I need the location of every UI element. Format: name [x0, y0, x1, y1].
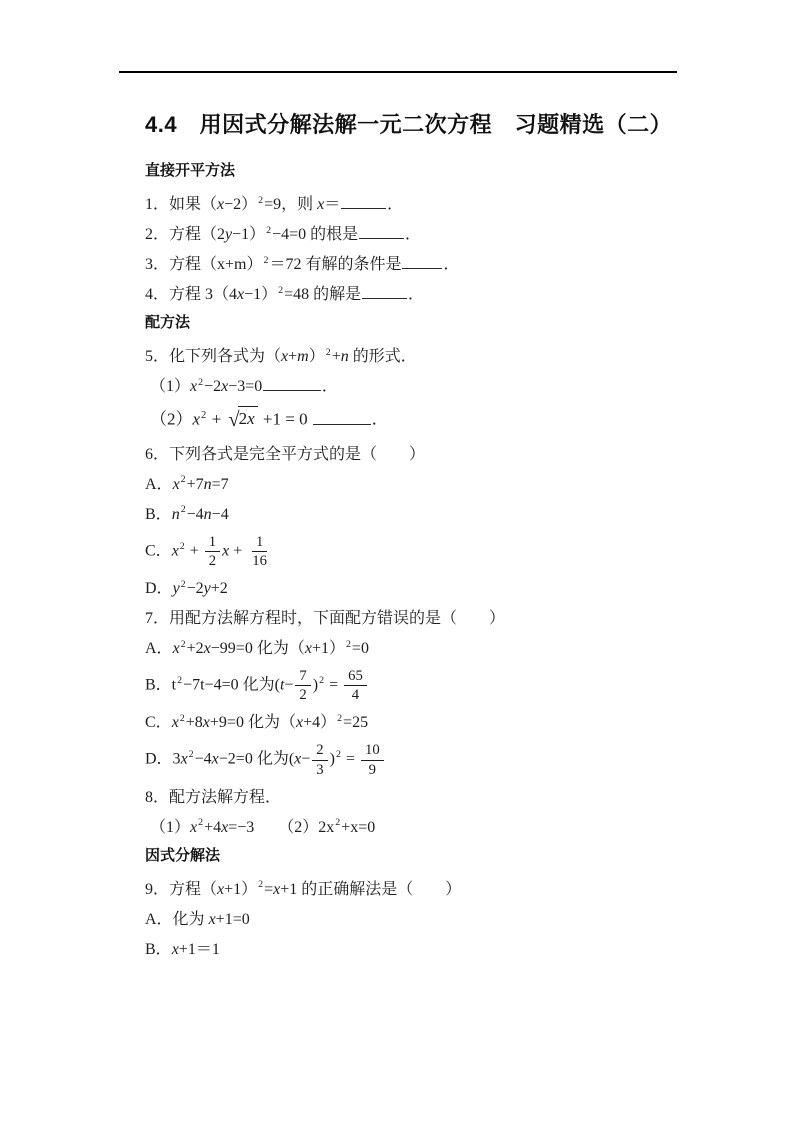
- question-6: 6．下列各式是完全平方式的是（ ）: [145, 444, 690, 465]
- question-5: 5．化下列各式为（x+m）2+n 的形式．: [145, 346, 690, 367]
- fill-in-blank: [359, 224, 404, 239]
- page-title: 4.4 用因式分解法解一元二次方程 习题精选（二）: [145, 112, 690, 138]
- question-7: 7．用配方法解方程时，下面配方错误的是（ ）: [145, 608, 690, 629]
- question-7-option-c: C．x2+8x+9=0 化为（x+4）2=25: [145, 712, 690, 733]
- question-5-part-1: （1）x2−2x−3=0．: [145, 376, 690, 397]
- section-heading-completing-square: 配方法: [145, 314, 690, 332]
- question-8: 8．配方法解方程．: [145, 787, 690, 808]
- question-7-option-b: B．t2−7t−4=0 化为(t−72)2 = 654: [145, 668, 690, 703]
- worksheet-page: 4.4 用因式分解法解一元二次方程 习题精选（二） 直接开平方法 1．如果（x−…: [0, 0, 793, 1122]
- question-6-option-b: B．n2−4n−4: [145, 504, 690, 525]
- section-heading-direct-sqrt: 直接开平方法: [145, 162, 690, 180]
- question-9-option-a: A．化为 x+1=0: [145, 909, 690, 930]
- question-9-option-b: B．x+1＝1: [145, 939, 690, 960]
- section-heading-factoring: 因式分解法: [145, 847, 690, 865]
- fill-in-blank: [402, 254, 442, 269]
- radical-sign: √2x: [226, 406, 257, 429]
- header-rule: [119, 71, 677, 73]
- question-6-option-c: C．x2 + 12x + 116: [145, 534, 690, 569]
- question-5-part-2: （2）x2 + √2x +1 = 0 ．: [145, 406, 690, 430]
- fill-in-blank: [341, 194, 386, 209]
- question-3: 3．方程（x+m）2＝72 有解的条件是．: [145, 254, 690, 275]
- question-1: 1．如果（x−2）2=9，则 x＝．: [145, 194, 690, 215]
- fill-in-blank: [263, 376, 321, 391]
- fill-in-blank: [362, 284, 407, 299]
- question-7-option-a: A．x2+2x−99=0 化为（x+1）2=0: [145, 638, 690, 659]
- question-7-option-d: D．3x2−4x−2=0 化为(x−23)2 = 109: [145, 742, 690, 777]
- question-9: 9．方程（x+1）2=x+1 的正确解法是（ ）: [145, 879, 690, 900]
- document-body: 4.4 用因式分解法解一元二次方程 习题精选（二） 直接开平方法 1．如果（x−…: [145, 112, 690, 969]
- question-2: 2．方程（2y−1）2−4=0 的根是．: [145, 224, 690, 245]
- question-8-parts: （1）x2+4x=−3 （2）2x2+x=0: [145, 817, 690, 838]
- question-6-option-d: D．y2−2y+2: [145, 578, 690, 599]
- question-6-option-a: A．x2+7n=7: [145, 474, 690, 495]
- question-4: 4．方程 3（4x−1）2=48 的解是．: [145, 284, 690, 305]
- fill-in-blank: [313, 409, 371, 424]
